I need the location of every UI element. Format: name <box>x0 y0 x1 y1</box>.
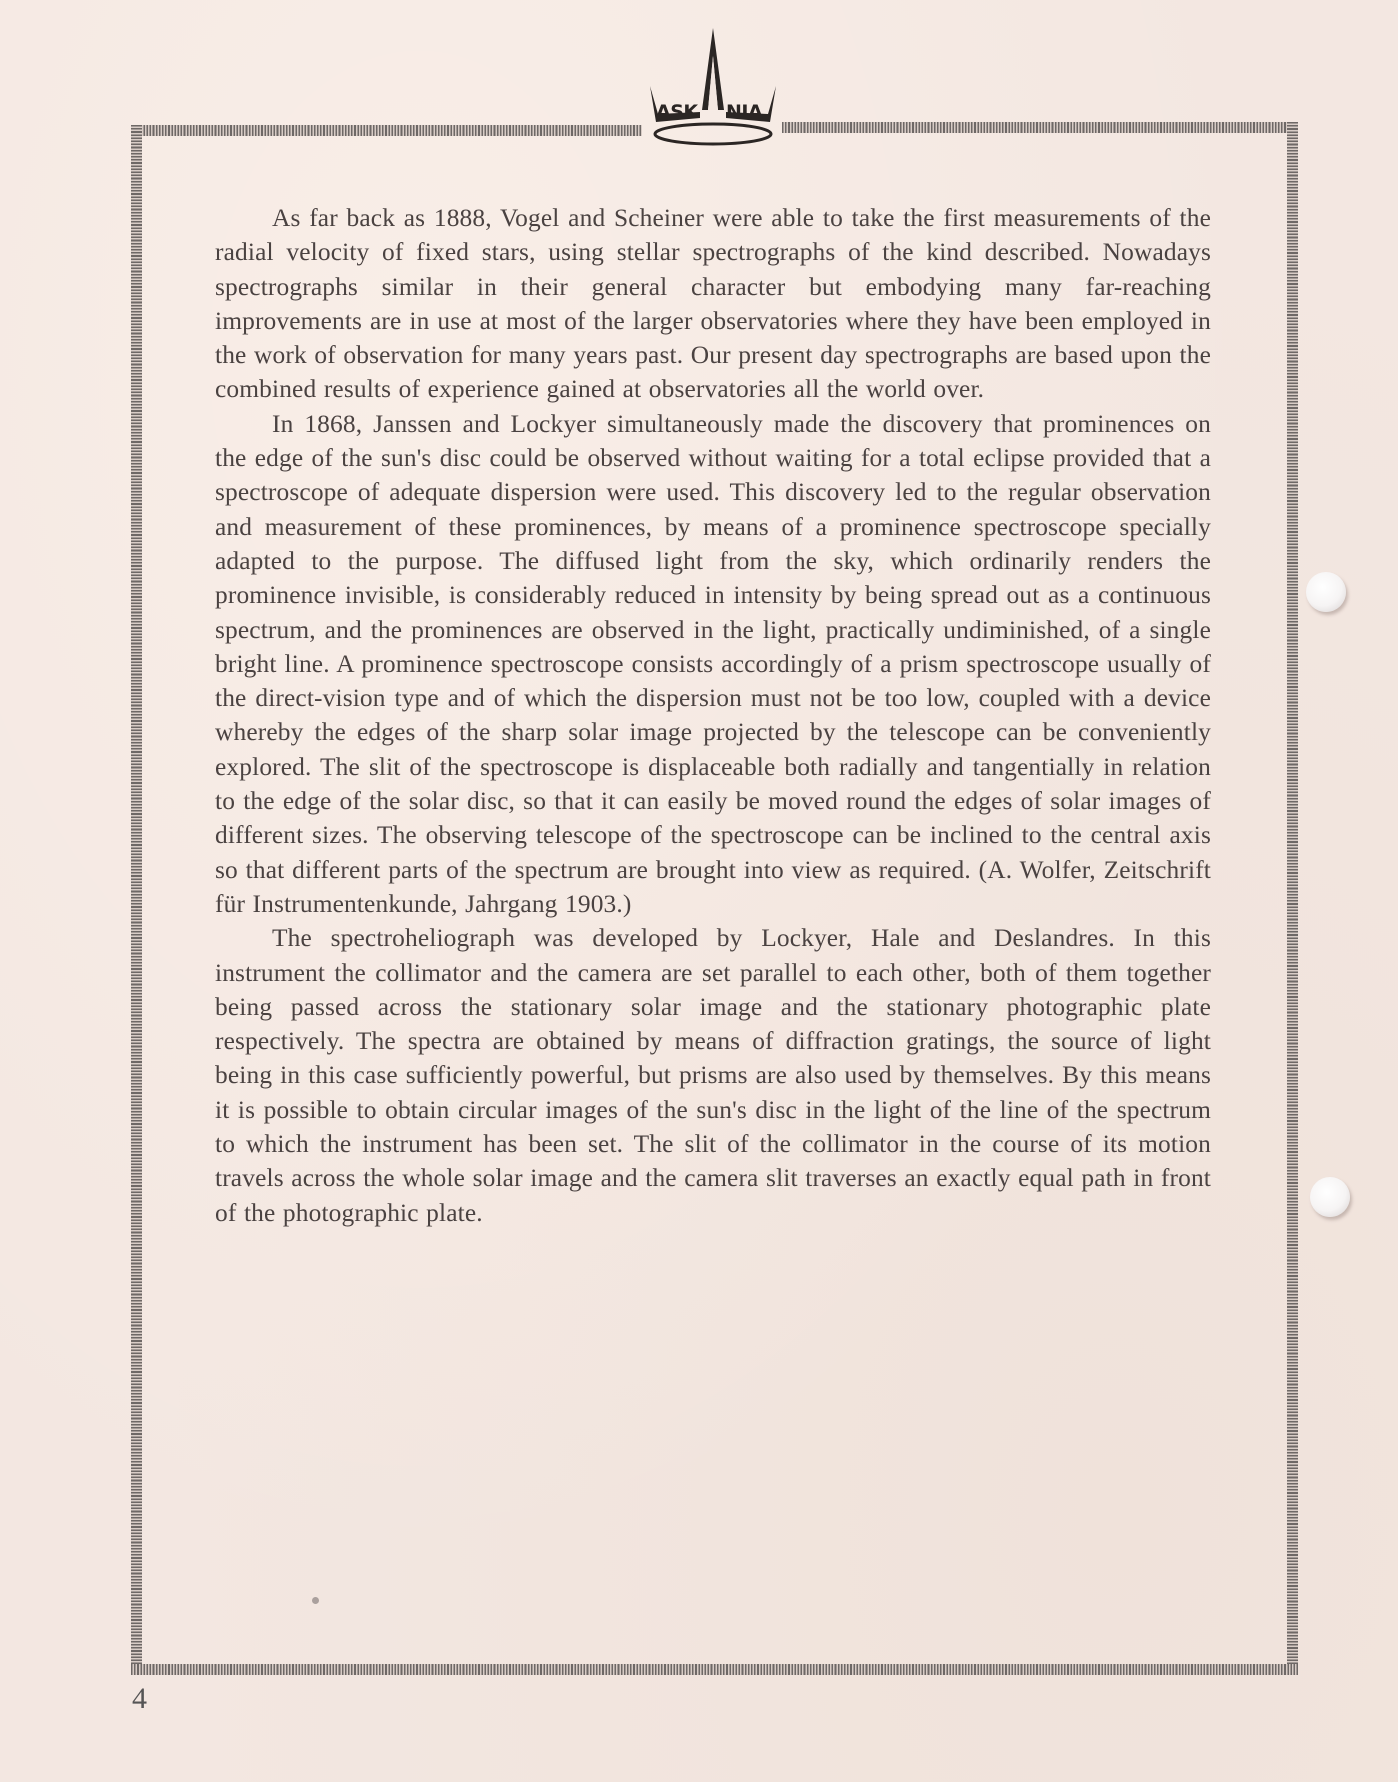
punch-hole-upper <box>1306 572 1346 612</box>
paragraph-spectroheliograph: The spectroheliograph was developed by L… <box>215 921 1211 1230</box>
svg-text:NIA: NIA <box>726 101 763 123</box>
bottom-border <box>131 1664 1298 1675</box>
paper-speck <box>312 1597 319 1604</box>
top-border-right <box>782 122 1294 133</box>
paragraph-spectrographs: As far back as 1888, Vogel and Scheiner … <box>215 201 1211 407</box>
right-border <box>1287 122 1298 1675</box>
svg-text:ASK: ASK <box>656 101 699 123</box>
askania-logo-icon: ASK NIA <box>646 26 780 148</box>
paragraph-prominence-spectroscope: In 1868, Janssen and Lockyer simultaneou… <box>215 407 1211 921</box>
body-text: As far back as 1888, Vogel and Scheiner … <box>215 201 1211 1230</box>
page-number: 4 <box>132 1682 147 1716</box>
left-border <box>131 125 142 1675</box>
punch-hole-lower <box>1310 1177 1350 1217</box>
top-border-left <box>131 125 642 136</box>
